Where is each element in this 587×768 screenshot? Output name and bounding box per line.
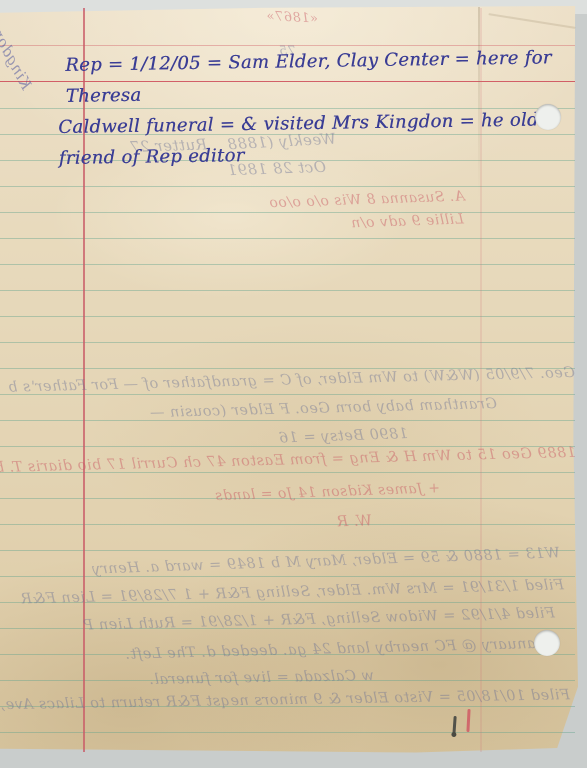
punch-hole-bottom <box>534 630 560 656</box>
punch-hole-top <box>535 104 561 130</box>
bleedthrough-fragment: W. R <box>326 511 373 531</box>
bleedthrough-fragment: «1867» <box>256 8 319 26</box>
scanned-ledger-page: «1867»Kingdon75Rutter 27Weekly (1888Oct … <box>0 0 587 768</box>
handwriting-line: Rep = 1/12/05 = Sam Elder, Clay Center =… <box>57 42 570 112</box>
handwritten-note: Rep = 1/12/05 = Sam Elder, Clay Center =… <box>57 42 571 174</box>
